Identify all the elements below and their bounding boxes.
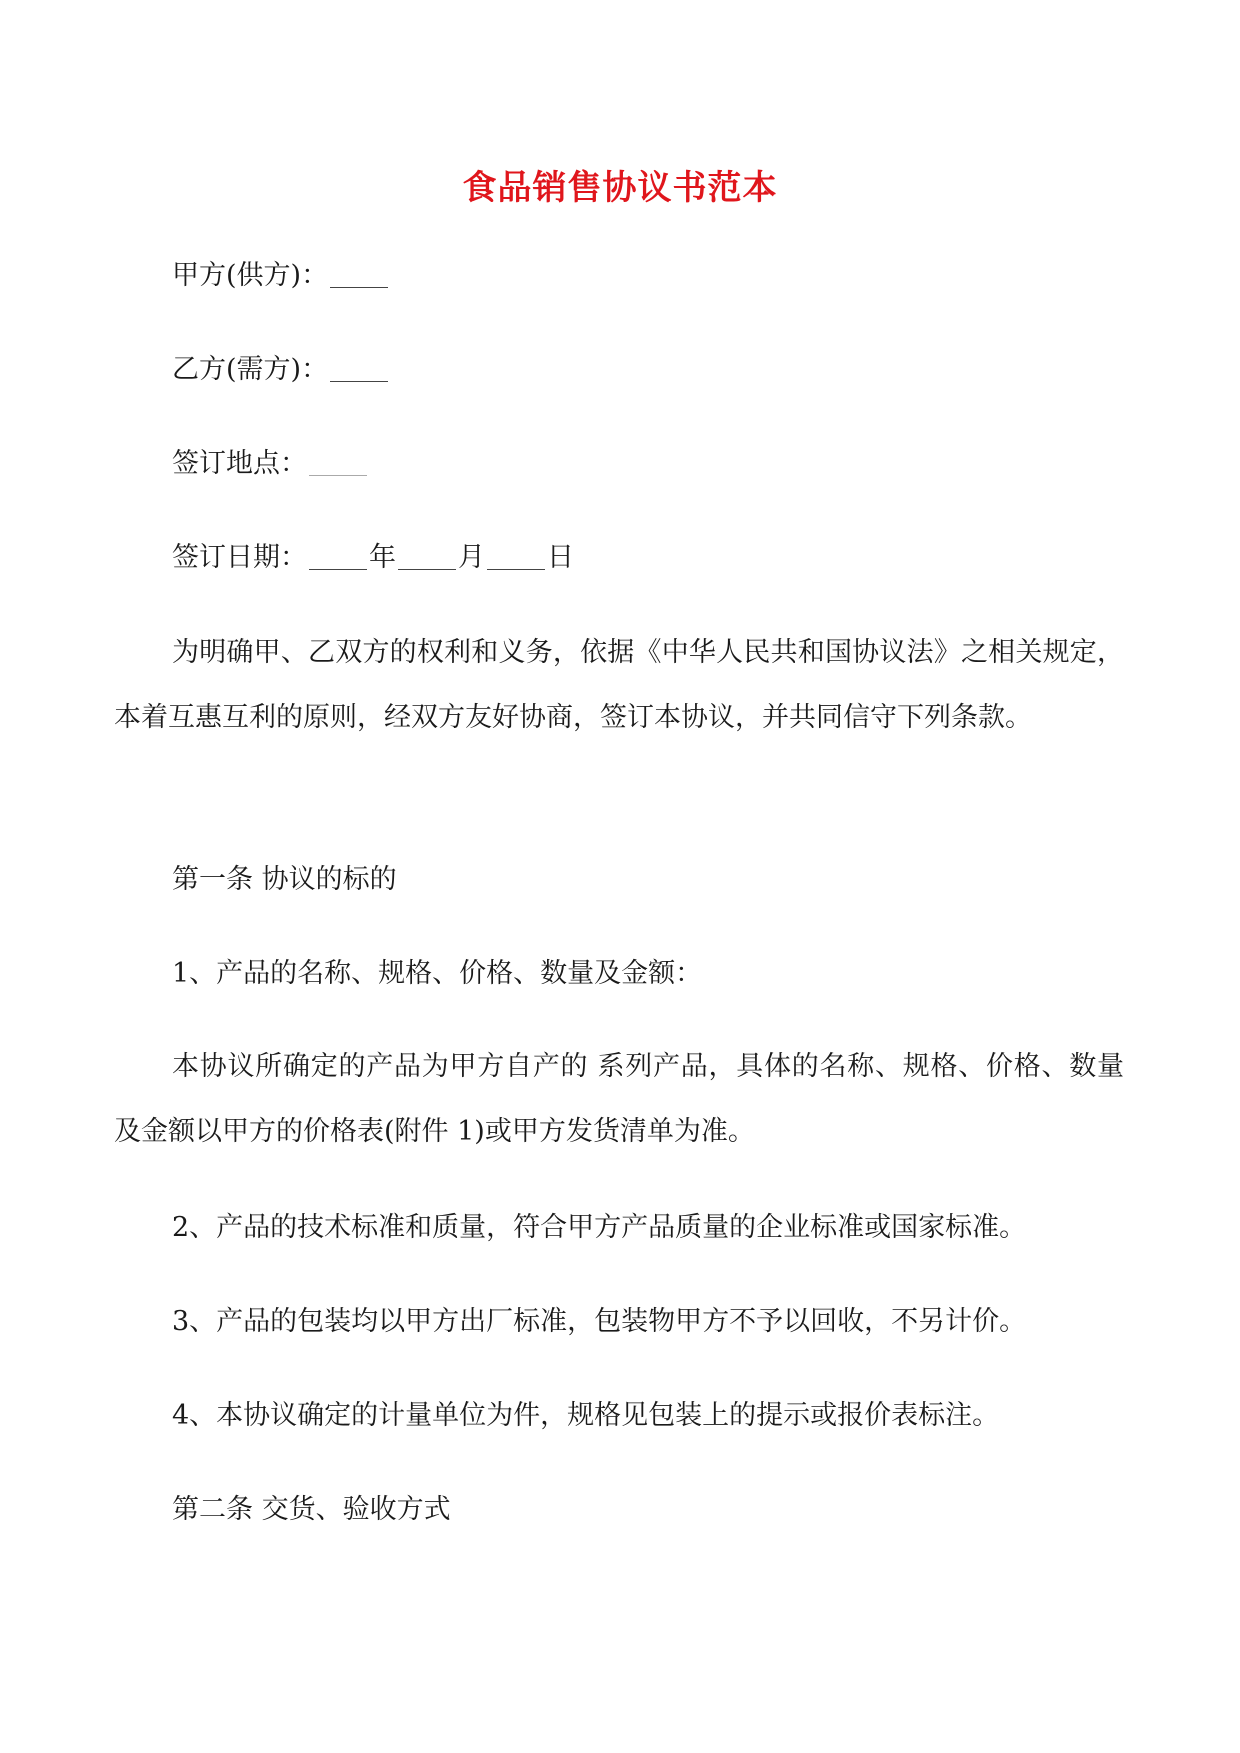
- party-a-label: 甲方(供方)：: [172, 260, 328, 291]
- month-label: 月: [458, 542, 485, 573]
- party-b-blank: [330, 380, 388, 382]
- article-2-heading: 第二条 交货、验收方式: [172, 1492, 451, 1528]
- party-b-label: 乙方(需方)：: [172, 354, 328, 385]
- year-label: 年: [369, 542, 396, 573]
- article-1-item-2: 2、产品的技术标准和质量，符合甲方产品质量的企业标准或国家标准。: [172, 1210, 1026, 1246]
- article-1-heading: 第一条 协议的标的: [172, 862, 397, 898]
- document-title: 食品销售协议书范本: [0, 160, 1240, 209]
- article-1-item-3: 3、产品的包装均以甲方出厂标准，包装物甲方不予以回收，不另计价。: [172, 1304, 1026, 1340]
- signing-date-label: 签订日期：: [172, 542, 307, 573]
- signing-date-field: 签订日期：年月日: [172, 540, 574, 576]
- signing-place-blank: [309, 474, 367, 476]
- year-blank: [309, 568, 367, 570]
- article-1-item-1-body: 本协议所确定的产品为甲方自产的 系列产品，具体的名称、规格、价格、数量及金额以甲…: [114, 1034, 1124, 1164]
- party-a-blank: [330, 286, 388, 288]
- article-1-item-4: 4、本协议确定的计量单位为件，规格见包装上的提示或报价表标注。: [172, 1398, 999, 1434]
- month-blank: [398, 568, 456, 570]
- party-a-field: 甲方(供方)：: [172, 258, 390, 294]
- article-1-item-1-heading: 1、产品的名称、规格、价格、数量及金额：: [172, 956, 702, 992]
- day-blank: [487, 568, 545, 570]
- intro-paragraph: 为明确甲、乙双方的权利和义务，依据《中华人民共和国协议法》之相关规定，本着互惠互…: [114, 620, 1124, 750]
- party-b-field: 乙方(需方)：: [172, 352, 390, 388]
- day-label: 日: [547, 542, 574, 573]
- signing-place-label: 签订地点：: [172, 448, 307, 479]
- signing-place-field: 签订地点：: [172, 446, 369, 482]
